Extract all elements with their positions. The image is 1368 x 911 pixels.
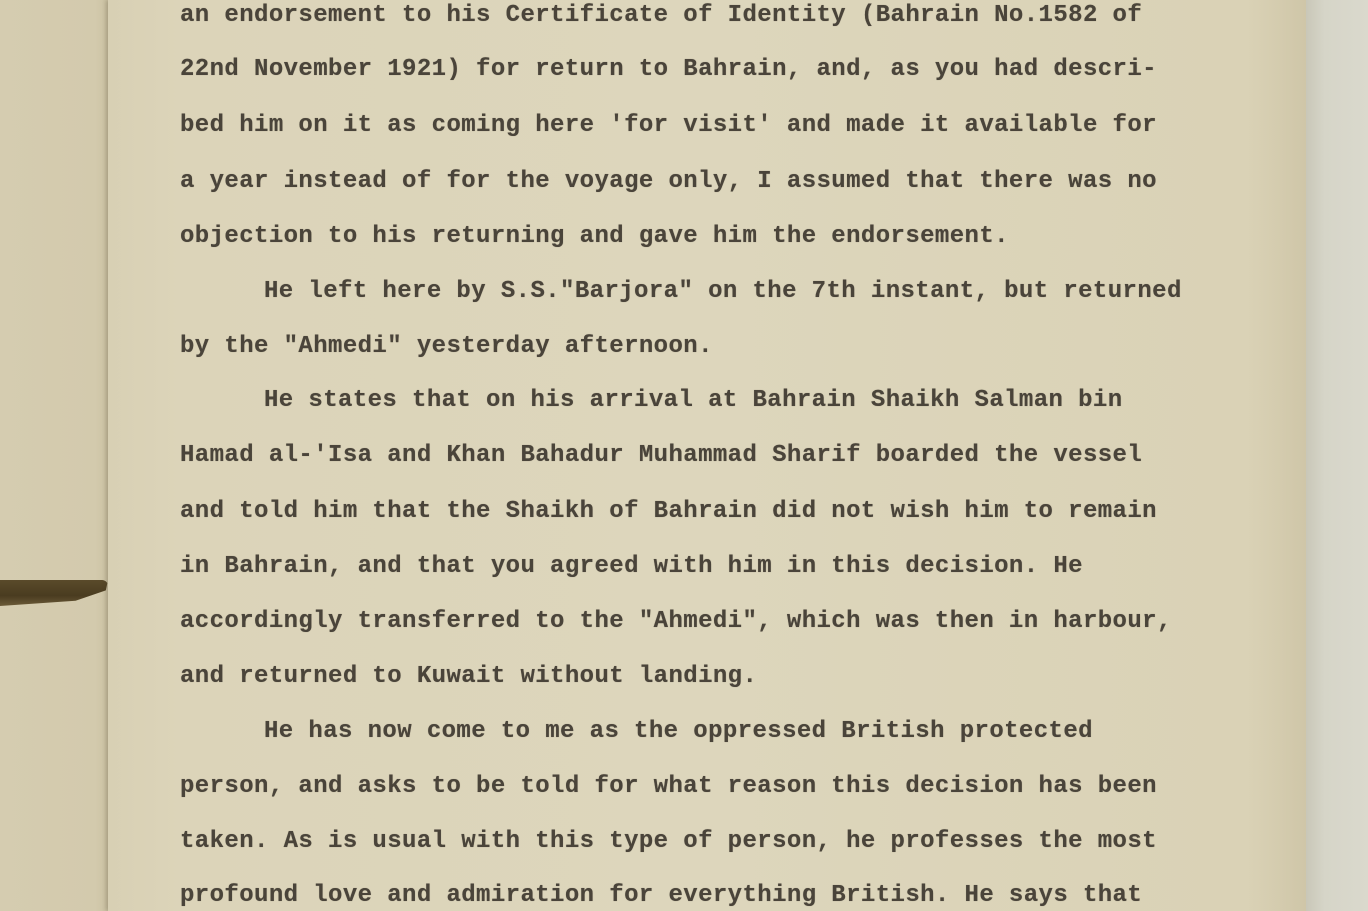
text-line: objection to his returning and gave him …	[180, 221, 1009, 253]
text-line: an endorsement to his Certificate of Ide…	[180, 0, 1142, 32]
text-line: 22nd November 1921) for return to Bahrai…	[180, 54, 1157, 86]
text-line: accordingly transferred to the "Ahmedi",…	[180, 606, 1172, 638]
text-line: bed him on it as coming here 'for visit'…	[180, 110, 1157, 142]
text-line: by the "Ahmedi" yesterday afternoon.	[180, 331, 713, 363]
text-line: and told him that the Shaikh of Bahrain …	[180, 496, 1157, 528]
text-line: person, and asks to be told for what rea…	[180, 771, 1157, 803]
text-line: He states that on his arrival at Bahrain…	[180, 385, 1123, 417]
text-line: He left here by S.S."Barjora" on the 7th…	[180, 276, 1182, 308]
text-line: taken. As is usual with this type of per…	[180, 826, 1157, 858]
text-line: Hamad al-'Isa and Khan Bahadur Muhammad …	[180, 440, 1142, 472]
underlying-page	[0, 0, 112, 911]
scan-background	[1306, 0, 1368, 911]
text-line: a year instead of for the voyage only, I…	[180, 166, 1157, 198]
text-line: in Bahrain, and that you agreed with him…	[180, 551, 1083, 583]
text-line: He has now come to me as the oppressed B…	[180, 716, 1093, 748]
text-line: profound love and admiration for everyth…	[180, 880, 1142, 911]
text-line: and returned to Kuwait without landing.	[180, 661, 757, 693]
